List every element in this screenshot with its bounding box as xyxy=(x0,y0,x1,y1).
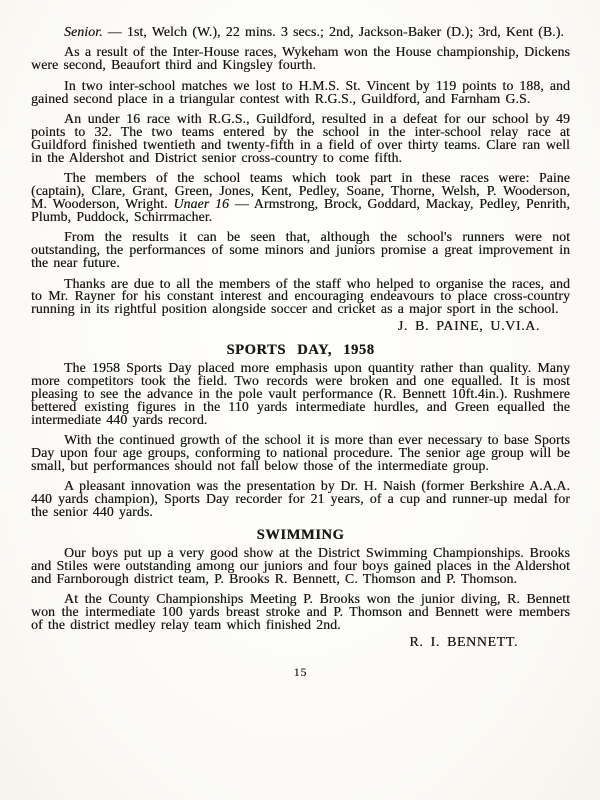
paragraph-house-championship: As a result of the Inter-House races, Wy… xyxy=(31,46,570,72)
page-number: 15 xyxy=(31,667,570,680)
senior-label: Senior. xyxy=(64,24,103,39)
heading-sports-day: SPORTS DAY, 1958 xyxy=(31,344,570,357)
paragraph-age-groups: With the continued growth of the school … xyxy=(31,434,570,473)
article: Senior. — 1st, Welch (W.), 22 mins. 3 se… xyxy=(31,26,570,680)
paragraph-county-championships: At the County Championships Meeting P. B… xyxy=(31,593,570,632)
paragraph-team-members: The members of the school teams which to… xyxy=(31,172,570,224)
signature-paine: J. B. PAINE, U.VI.A. xyxy=(31,321,570,334)
paragraph-district-swimming: Our boys put up a very good show at the … xyxy=(31,547,570,586)
paragraph-naish-presentation: A pleasant innovation was the presentati… xyxy=(31,480,570,519)
paragraph-sports-day-records: The 1958 Sports Day placed more emphasis… xyxy=(31,362,570,427)
paragraph-thanks: Thanks are due to all the members of the… xyxy=(31,278,570,317)
paragraph-inter-school-matches: In two inter-school matches we lost to H… xyxy=(31,80,570,106)
paragraph-under16-race: An under 16 race with R.G.S., Guildford,… xyxy=(31,113,570,165)
signature-bennett: R. I. BENNETT. xyxy=(31,637,570,650)
page-container: Senior. — 1st, Welch (W.), 22 mins. 3 se… xyxy=(0,0,600,800)
paragraph-results-outlook: From the results it can be seen that, al… xyxy=(31,231,570,270)
heading-swimming: SWIMMING xyxy=(31,529,570,542)
paragraph-senior-results: Senior. — 1st, Welch (W.), 22 mins. 3 se… xyxy=(31,26,570,39)
